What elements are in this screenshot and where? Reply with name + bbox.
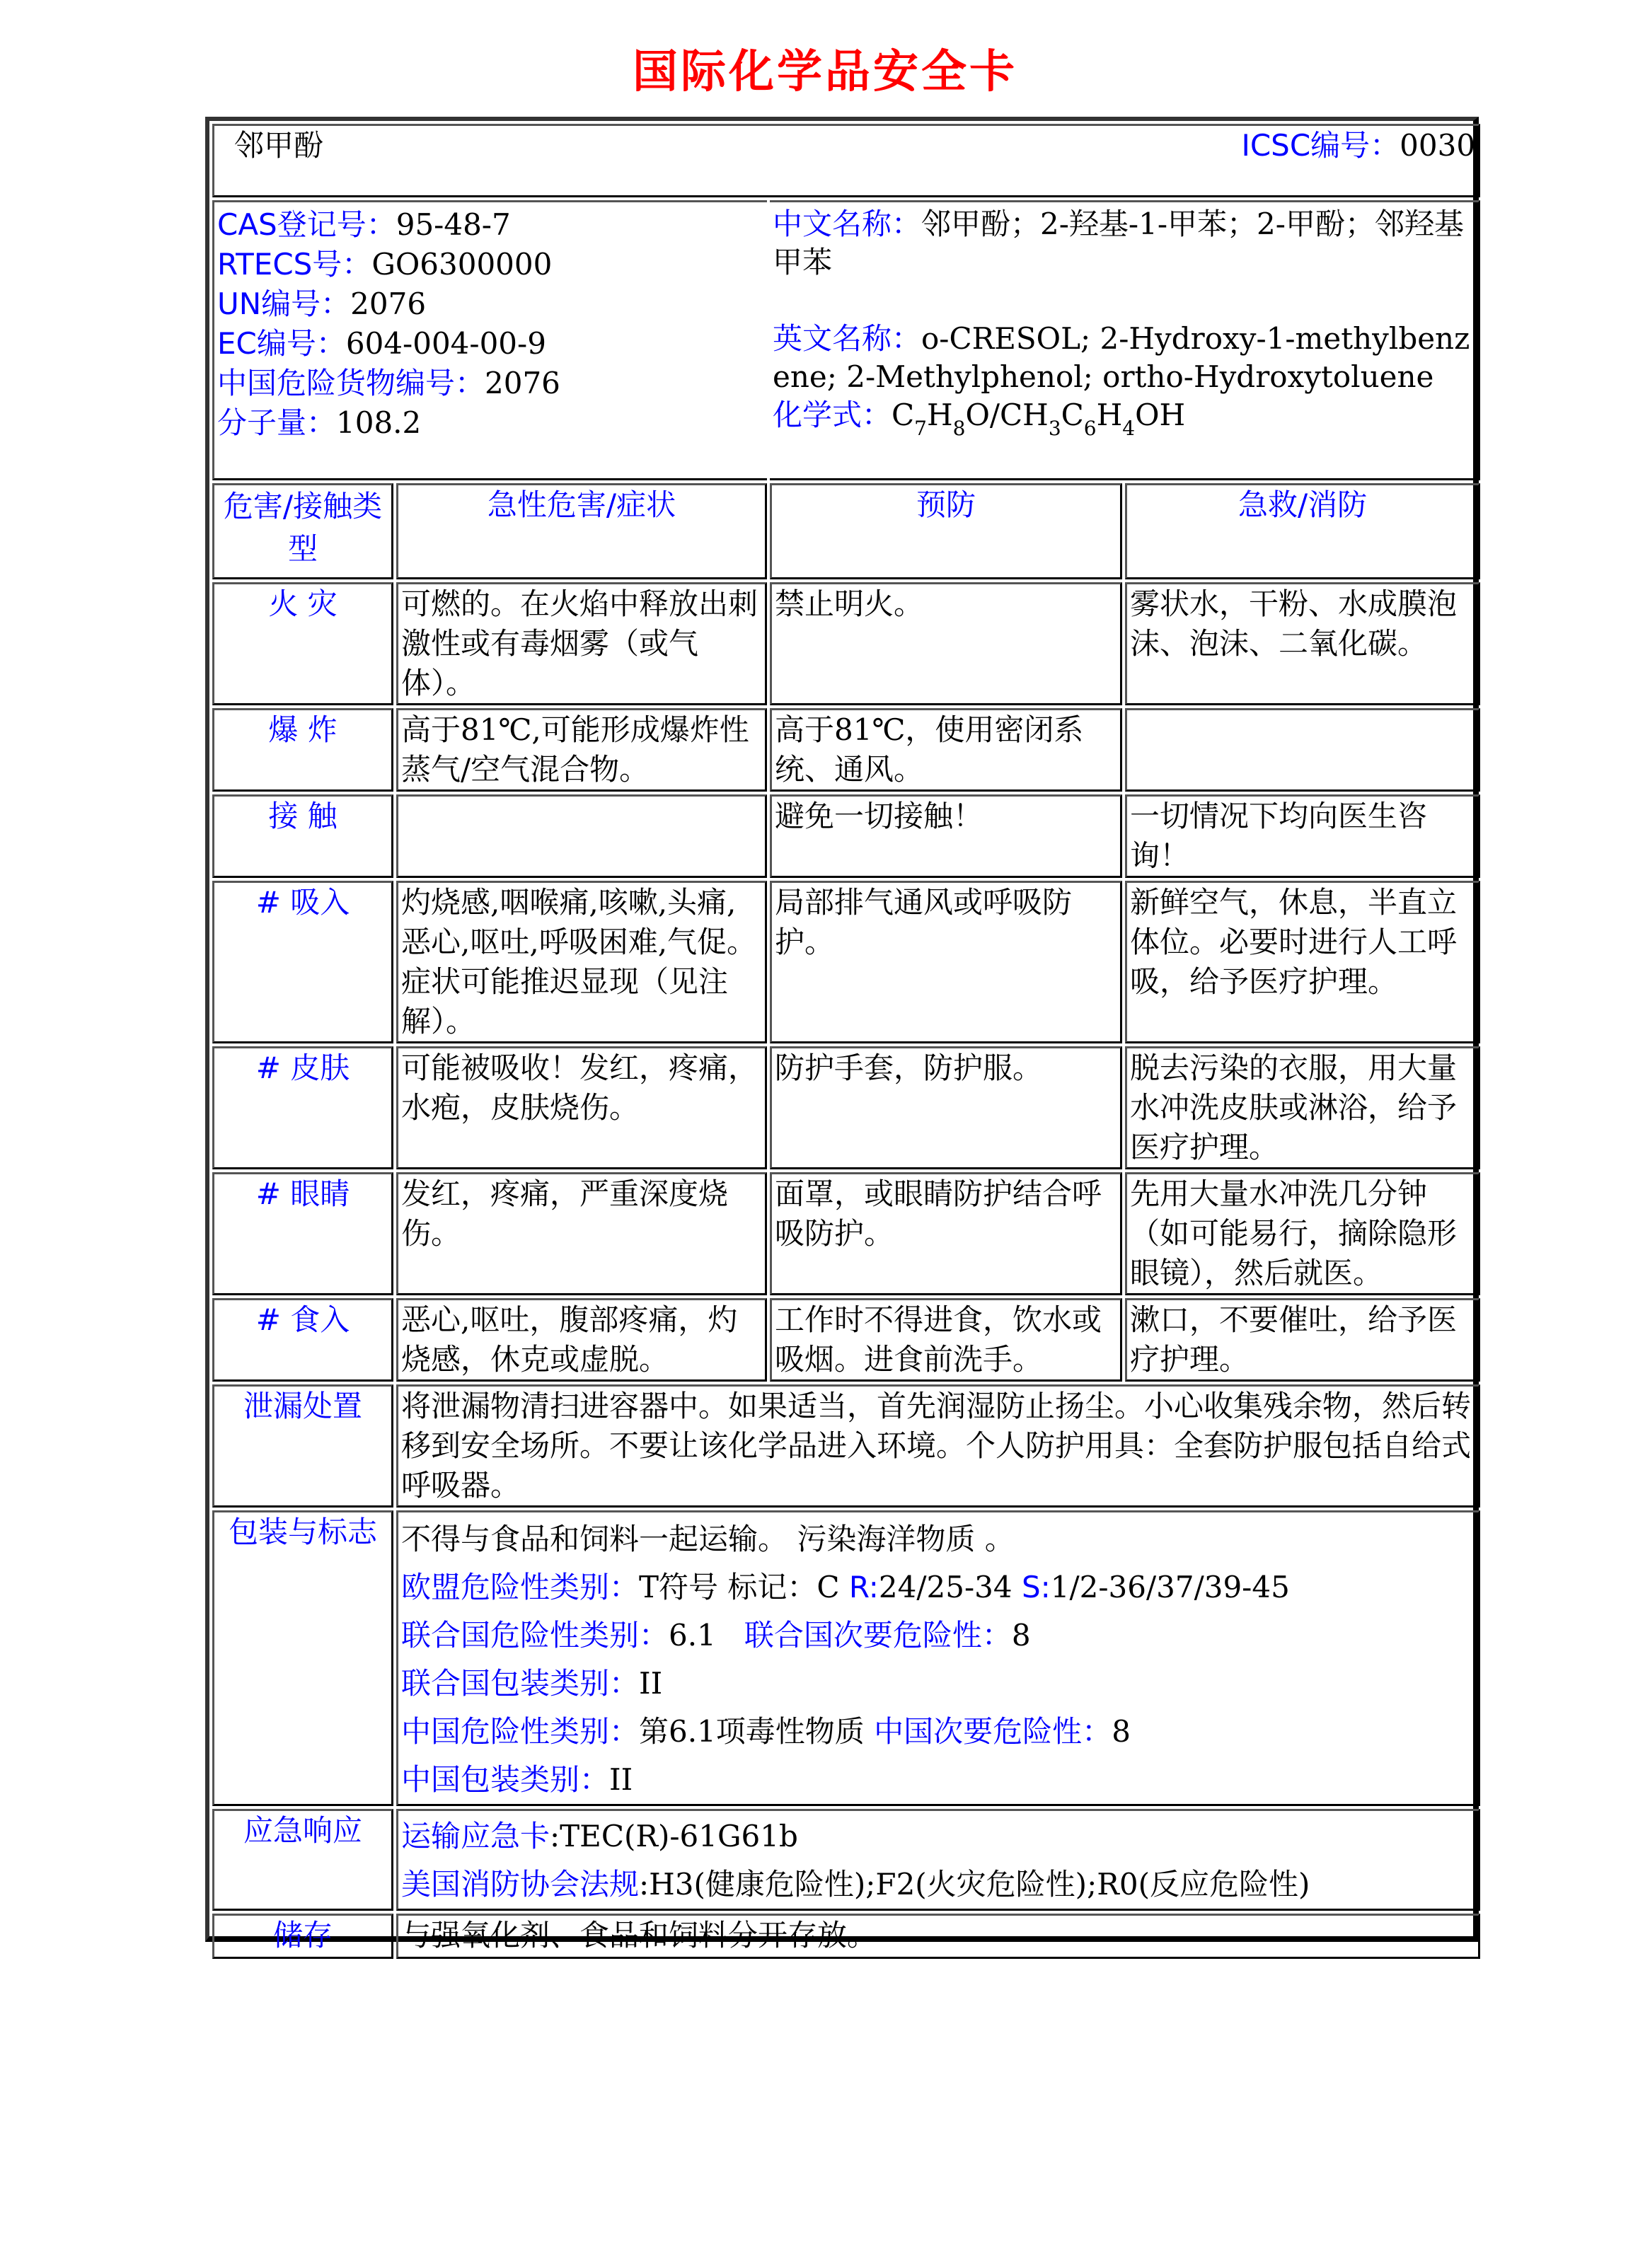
row-symptoms: 恶心,呕吐，腹部疼痛，灼烧感，休克或虚脱。: [396, 1298, 767, 1382]
eu-class-label: 欧盟危险性类别：: [401, 1570, 639, 1604]
rtecs-value: GO6300000: [371, 247, 552, 282]
cas-label: CAS登记号：: [217, 207, 396, 242]
formula-value: C7H8O/CH3C6H4OH: [892, 398, 1185, 432]
row-first-aid: [1125, 708, 1480, 792]
cn-class-label: 中国危险性类别：: [401, 1714, 639, 1749]
icsc-value: 0030: [1400, 128, 1475, 163]
row-type: # 食入: [212, 1298, 393, 1382]
cn-dg-label: 中国危险货物编号：: [217, 366, 485, 400]
emergency-row: 应急响应 运输应急卡:TEC(R)-61G61b 美国消防协会法规:H3(健康危…: [212, 1809, 1480, 1911]
row-first-aid: 先用大量水冲洗几分钟（如可能易行，摘除隐形眼镜），然后就医。: [1125, 1172, 1480, 1295]
mw-value: 108.2: [336, 405, 421, 440]
row-symptoms: 可燃的。在火焰中释放出刺激性或有毒烟雾（或气体）。: [396, 582, 767, 705]
formula-part: C: [1061, 398, 1084, 432]
row-type: 爆 炸: [212, 708, 393, 792]
row-prevention: 避免一切接触！: [770, 794, 1122, 878]
eu-class-value: T符号 标记：C: [639, 1570, 849, 1604]
cn-dg-line: 中国危险货物编号：2076: [217, 364, 764, 403]
ec-value: 604-004-00-9: [346, 326, 546, 361]
cn-dg-value: 2076: [485, 366, 560, 400]
formula-part: OH: [1135, 398, 1185, 432]
formula-sub: 6: [1084, 417, 1097, 440]
storage-label: 储存: [212, 1914, 393, 1959]
row-symptoms: [396, 794, 767, 878]
spillage-label: 泄漏处置: [212, 1384, 393, 1508]
un-sub-value: 8: [1012, 1618, 1031, 1653]
header-symptoms: 急性危害/症状: [396, 483, 767, 579]
row-first-aid: 一切情况下均向医生咨询！: [1125, 794, 1480, 878]
formula-part: H: [927, 398, 953, 432]
row-prevention: 面罩，或眼睛防护结合呼吸防护。: [770, 1172, 1122, 1295]
row-type: 接 触: [212, 794, 393, 878]
rtecs-line: RTECS号：GO6300000: [217, 245, 764, 284]
formula-part: O/CH: [965, 398, 1048, 432]
formula-part: C: [892, 398, 914, 432]
packaging-row: 包装与标志 不得与食品和饲料一起运输。 污染海洋物质 。 欧盟危险性类别：T符号…: [212, 1510, 1480, 1806]
header-prevention: 预防: [770, 483, 1122, 579]
name-row: 邻甲酚 ICSC编号：0030: [212, 124, 1480, 197]
hazard-row-inhalation: # 吸入 灼烧感,咽喉痛,咳嗽,头痛,恶心,呕吐,呼吸困难,气促。症状可能推迟显…: [212, 881, 1480, 1043]
row-prevention: 高于81℃，使用密闭系统、通风。: [770, 708, 1122, 792]
packaging-line-transport: 不得与食品和饲料一起运输。 污染海洋物质 。: [401, 1515, 1475, 1563]
un-line: UN编号：2076: [217, 284, 764, 324]
packaging-line-eu: 欧盟危险性类别：T符号 标记：C R:24/25-34 S:1/2-36/37/…: [401, 1563, 1475, 1612]
cn-pack-value: II: [609, 1762, 633, 1797]
spillage-text: 将泄漏物清扫进容器中。如果适当，首先润湿防止扬尘。小心收集残余物，然后转移到安全…: [396, 1384, 1480, 1508]
eu-r-label: R:: [849, 1570, 879, 1604]
formula-sub: 3: [1049, 417, 1061, 440]
packaging-line-un-pack: 联合国包装类别：II: [401, 1660, 1475, 1708]
nfpa-label: 美国消防协会法规: [401, 1867, 639, 1902]
packaging-line-un: 联合国危险性类别：6.1 联合国次要危险性：8: [401, 1612, 1475, 1660]
un-sub-label: 联合国次要危险性：: [744, 1618, 1012, 1653]
tec-value: :TEC(R)-61G61b: [550, 1819, 798, 1853]
formula-label: 化学式：: [773, 398, 892, 432]
cn-pack-label: 中国包装类别：: [401, 1762, 609, 1797]
mw-label: 分子量：: [217, 405, 336, 440]
card-table: 邻甲酚 ICSC编号：0030 CAS登记号：95-48-7 RTECS号：GO…: [209, 121, 1483, 1962]
cn-class-value: 第6.1项毒性物质: [639, 1714, 865, 1749]
hazard-row-ingestion: # 食入 恶心,呕吐，腹部疼痛，灼烧感，休克或虚脱。 工作时不得进食，饮水或吸烟…: [212, 1298, 1480, 1382]
row-prevention: 局部排气通风或呼吸防护。: [770, 881, 1122, 1043]
page-title: 国际化学品安全卡: [0, 44, 1650, 100]
hazard-row-contact: 接 触 避免一切接触！ 一切情况下均向医生咨询！: [212, 794, 1480, 878]
cn-sub-value: 8: [1112, 1714, 1131, 1749]
chemical-name: 邻甲酚: [217, 126, 323, 166]
emergency-content: 运输应急卡:TEC(R)-61G61b 美国消防协会法规:H3(健康危险性);F…: [396, 1809, 1480, 1911]
formula-sub: 4: [1122, 417, 1135, 440]
hazard-row-explosion: 爆 炸 高于81℃,可能形成爆炸性蒸气/空气混合物。 高于81℃，使用密闭系统、…: [212, 708, 1480, 792]
un-value: 2076: [350, 287, 426, 321]
un-class-value: 6.1: [669, 1618, 716, 1653]
row-type: # 吸入: [212, 881, 393, 1043]
hazard-header-row: 危害/接触类型 急性危害/症状 预防 急救/消防: [212, 483, 1480, 579]
packaging-label: 包装与标志: [212, 1510, 393, 1806]
mw-line: 分子量：108.2: [217, 403, 764, 443]
ec-label: EC编号：: [217, 326, 346, 361]
cas-line: CAS登记号：95-48-7: [217, 205, 764, 245]
row-first-aid: 新鲜空气，休息，半直立体位。必要时进行人工呼吸，给予医疗护理。: [1125, 881, 1480, 1043]
un-label: UN编号：: [217, 287, 350, 321]
row-prevention: 禁止明火。: [770, 582, 1122, 705]
row-first-aid: 雾状水，干粉、水成膜泡沫、泡沫、二氧化碳。: [1125, 582, 1480, 705]
identifiers-left: CAS登记号：95-48-7 RTECS号：GO6300000 UN编号：207…: [212, 200, 767, 480]
row-type: # 皮肤: [212, 1046, 393, 1169]
rtecs-label: RTECS号：: [217, 247, 371, 282]
hazard-row-skin: # 皮肤 可能被吸收！发红，疼痛，水疱，皮肤烧伤。 防护手套，防护服。 脱去污染…: [212, 1046, 1480, 1169]
row-type: # 眼睛: [212, 1172, 393, 1295]
en-name-block: 英文名称：o-CRESOL; 2-Hydroxy-1-methylbenzene…: [773, 320, 1475, 396]
cas-value: 95-48-7: [396, 207, 511, 242]
row-prevention: 工作时不得进食，饮水或吸烟。进食前洗手。: [770, 1298, 1122, 1382]
identifiers-row: CAS登记号：95-48-7 RTECS号：GO6300000 UN编号：207…: [212, 200, 1480, 480]
row-first-aid: 脱去污染的衣服，用大量水冲洗皮肤或淋浴，给予医疗护理。: [1125, 1046, 1480, 1169]
storage-row: 储存 与强氧化剂、食品和饲料分开存放。: [212, 1914, 1480, 1959]
cn-name-label: 中文名称：: [773, 207, 921, 241]
nfpa-value: :H3(健康危险性);F2(火灾危险性);R0(反应危险性): [639, 1867, 1310, 1902]
formula-sub: 7: [914, 417, 927, 440]
un-class-label: 联合国危险性类别：: [401, 1618, 669, 1653]
row-symptoms: 高于81℃,可能形成爆炸性蒸气/空气混合物。: [396, 708, 767, 792]
row-symptoms: 发红，疼痛，严重深度烧伤。: [396, 1172, 767, 1295]
row-symptoms: 可能被吸收！发红，疼痛，水疱，皮肤烧伤。: [396, 1046, 767, 1169]
name-cell: 邻甲酚 ICSC编号：0030: [212, 124, 1480, 197]
packaging-content: 不得与食品和饲料一起运输。 污染海洋物质 。 欧盟危险性类别：T符号 标记：C …: [396, 1510, 1480, 1806]
nfpa-line: 美国消防协会法规:H3(健康危险性);F2(火灾危险性);R0(反应危险性): [401, 1861, 1475, 1909]
header-hazard-type: 危害/接触类型: [212, 483, 393, 579]
header-first-aid: 急救/消防: [1125, 483, 1480, 579]
spillage-row: 泄漏处置 将泄漏物清扫进容器中。如果适当，首先润湿防止扬尘。小心收集残余物，然后…: [212, 1384, 1480, 1508]
eu-r-value: 24/25-34: [879, 1570, 1022, 1604]
packaging-line-cn: 中国危险性类别：第6.1项毒性物质 中国次要危险性：8: [401, 1708, 1475, 1756]
icsc-number: ICSC编号：0030: [1241, 126, 1475, 166]
eu-s-label: S:: [1022, 1570, 1051, 1604]
formula-line: 化学式：C7H8O/CH3C6H4OH: [773, 396, 1475, 448]
formula-part: H: [1097, 398, 1123, 432]
hazard-row-eyes: # 眼睛 发红，疼痛，严重深度烧伤。 面罩，或眼睛防护结合呼吸防护。 先用大量水…: [212, 1172, 1480, 1295]
row-first-aid: 漱口，不要催吐，给予医疗护理。: [1125, 1298, 1480, 1382]
row-type: 火 灾: [212, 582, 393, 705]
en-name-label: 英文名称：: [773, 321, 921, 356]
row-prevention: 防护手套，防护服。: [770, 1046, 1122, 1169]
formula-sub: 8: [953, 417, 966, 440]
tec-line: 运输应急卡:TEC(R)-61G61b: [401, 1812, 1475, 1861]
un-pack-label: 联合国包装类别：: [401, 1666, 639, 1701]
un-pack-value: II: [639, 1666, 662, 1701]
icsc-label: ICSC编号：: [1241, 128, 1400, 163]
packaging-line-cn-pack: 中国包装类别：II: [401, 1756, 1475, 1804]
tec-label: 运输应急卡: [401, 1819, 550, 1853]
identifiers-right: 中文名称：邻甲酚；2-羟基-1-甲苯；2-甲酚；邻羟基甲苯 英文名称：o-CRE…: [770, 200, 1480, 480]
row-symptoms: 灼烧感,咽喉痛,咳嗽,头痛,恶心,呕吐,呼吸困难,气促。症状可能推迟显现（见注解…: [396, 881, 767, 1043]
ec-line: EC编号：604-004-00-9: [217, 324, 764, 364]
emergency-label: 应急响应: [212, 1809, 393, 1911]
eu-s-value: 1/2-36/37/39-45: [1051, 1570, 1290, 1604]
safety-card: 邻甲酚 ICSC编号：0030 CAS登记号：95-48-7 RTECS号：GO…: [205, 117, 1479, 1942]
storage-text: 与强氧化剂、食品和饲料分开存放。: [396, 1914, 1480, 1959]
cn-name-block: 中文名称：邻甲酚；2-羟基-1-甲苯；2-甲酚；邻羟基甲苯: [773, 205, 1475, 320]
hazard-row-fire: 火 灾 可燃的。在火焰中释放出刺激性或有毒烟雾（或气体）。 禁止明火。 雾状水，…: [212, 582, 1480, 705]
cn-sub-label: 中国次要危险性：: [874, 1714, 1112, 1749]
